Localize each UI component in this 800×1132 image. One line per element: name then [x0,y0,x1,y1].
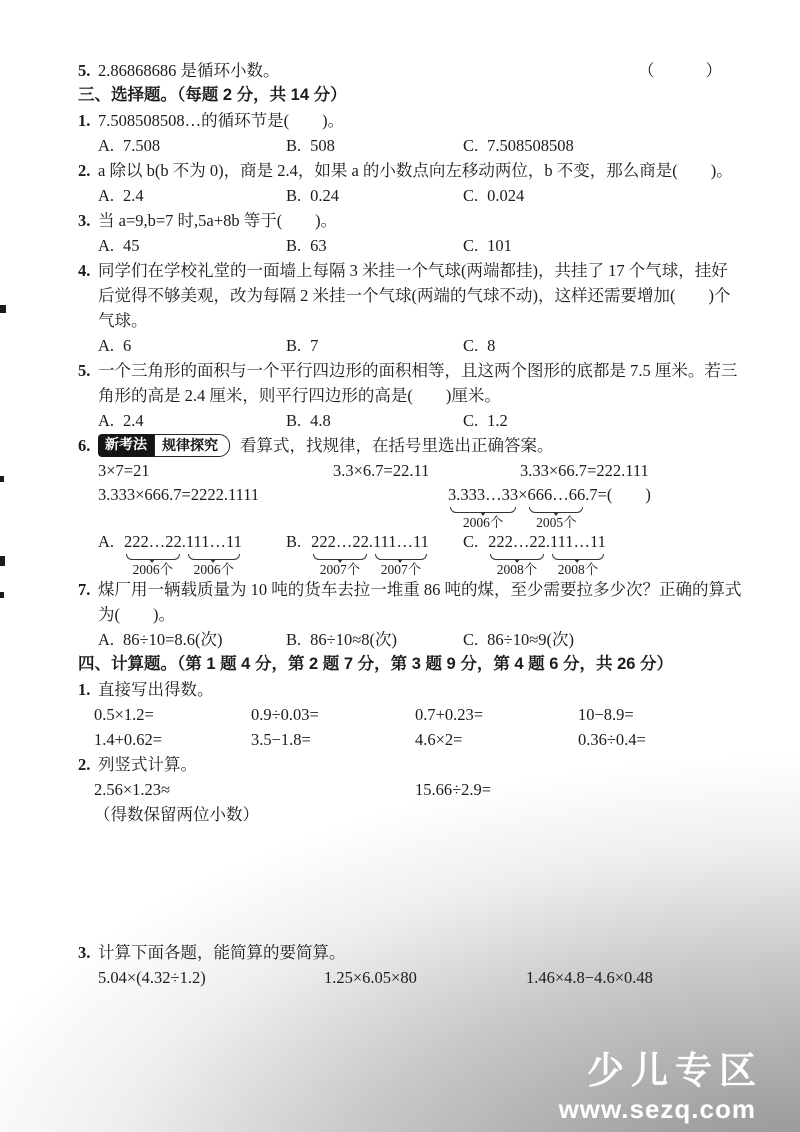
options-row: A.2.4 B.4.8 C.1.2 [98,408,744,433]
new-method-badge: 新考法 规律探究 [98,434,230,457]
question-number: 5. [78,58,98,83]
question-number: 6. [78,433,98,577]
underbrace [313,554,367,560]
choice-q6: 6. 新考法 规律探究 看算式，找规律，在括号里选出正确答案。 3×7=21 3… [78,433,744,577]
choice-q7: 7. 煤厂用一辆载质量为 10 吨的货车去拉一堆重 86 吨的煤，至少需要拉多少… [78,577,744,652]
section-heading-calculation: 四、计算题。（第 1 题 4 分，第 2 题 7 分，第 3 题 9 分，第 4… [78,652,744,677]
options-row: A.86÷10=8.6(次) B.86÷10≈8(次) C.86÷10≈9(次) [98,627,744,652]
underbrace [529,507,583,513]
question-number: 7. [78,577,98,652]
formula: 3.3×6.7=22.11 [333,458,520,483]
question-title: 直接写出得数。 [98,677,214,702]
answer-blank: （ ） [638,58,744,83]
question-stem: 2.86868686 是循环小数。 [98,58,280,83]
watermark-url: www.sezq.com [559,1094,756,1124]
underbrace [188,554,240,560]
watermark-title: 少儿专区 [559,1048,763,1094]
formula: 3.33×66.7=222.111 [520,458,744,483]
question-stem: 一个三角形的面积与一个平行四边形的面积相等，且这两个图形的底都是 7.5 厘米。… [98,358,744,408]
calc-q1-title: 1. 直接写出得数。 [78,677,744,702]
option-a: A.86÷10=8.6(次) [98,627,286,652]
question-stem: a 除以 b(b 不为 0)，商是 2.4，如果 a 的小数点向左移动两位，b … [98,158,744,183]
expression: 4.6×2= [415,727,578,752]
count-label: 2006个 [463,515,504,530]
braced-number: 222…222007个 [311,530,369,577]
option-b: B.0.24 [286,183,463,208]
question-stem: 煤厂用一辆载质量为 10 吨的货车去拉一堆重 86 吨的煤，至少需要拉多少次？正… [98,577,744,627]
question-stem: 同学们在学校礼堂的一面墙上每隔 3 米挂一个气球(两端都挂)，共挂了 17 个气… [98,258,744,333]
expression: 1.25×6.05×80 [324,965,526,990]
underbrace [450,507,516,513]
expression: 0.36÷0.4= [578,727,744,752]
expression: 5.04×(4.32÷1.2) [98,965,324,990]
option-b: B.63 [286,233,463,258]
exam-content: 5. 2.86868686 是循环小数。 （ ） 三、选择题。（每题 2 分，共… [78,58,744,990]
section-title: 四、计算题。 [78,655,177,673]
braced-number: 111…112008个 [550,530,606,577]
question-stem: 7.508508508…的循环节是( )。 [98,108,744,133]
multiply-sign: × [518,483,527,507]
options-row: A.6 B.7 C.8 [98,333,744,358]
option-b: B.508 [286,133,463,158]
question-title: 列竖式计算。 [98,752,197,777]
formula: 3.333×666.7=2222.1111 [98,483,448,507]
underbrace [552,554,604,560]
braced-factor: 666…66 2005个 [527,483,585,530]
underbrace [375,554,427,560]
choice-q5: 5. 一个三角形的面积与一个平行四边形的面积相等，且这两个图形的底都是 7.5 … [78,358,744,433]
underbrace [126,554,180,560]
section-heading-choice: 三、选择题。（每题 2 分，共 14 分） [78,83,744,108]
option-c: C.8 [463,333,744,358]
question-number: 2. [78,158,98,208]
option-b: B.86÷10≈8(次) [286,627,463,652]
count-label: 2006个 [133,562,174,577]
formula-tail: .7=( ) [585,483,651,507]
expression: 0.7+0.23= [415,702,578,727]
working-space [78,827,744,940]
expression: 10−8.9= [578,702,744,727]
q6-pattern-row2: 3.333×666.7=2222.1111 3.333…33 2006个 × 6… [98,483,744,530]
option-c: C.0.024 [463,183,744,208]
expression: 0.5×1.2= [94,702,251,727]
scan-artifact [0,556,5,566]
question-number: 5. [78,358,98,433]
expression: 2.56×1.23≈ [94,777,415,802]
formula: 3×7=21 [98,458,333,483]
question-number: 2. [78,752,98,777]
question-stem: 看算式，找规律，在括号里选出正确答案。 [240,433,554,458]
count-label: 2007个 [320,562,361,577]
braced-number: 111…112006个 [186,530,242,577]
question-number: 4. [78,258,98,358]
option-c: C. 222…222008个 . 111…112008个 [463,530,744,577]
simplify-row: 5.04×(4.32÷1.2) 1.25×6.05×80 1.46×4.8−4.… [78,965,744,990]
braced-number: 111…112007个 [373,530,429,577]
option-a: A. 222…222006个 . 111…112006个 [98,530,286,577]
options-row: A.2.4 B.0.24 C.0.024 [98,183,744,208]
question-title: 计算下面各题，能简算的要简算。 [98,940,346,965]
option-b: B.7 [286,333,463,358]
expression: 3.5−1.8= [251,727,415,752]
question-number: 1. [78,108,98,158]
option-c: C.101 [463,233,744,258]
count-label: 2008个 [558,562,599,577]
choice-q4: 4. 同学们在学校礼堂的一面墙上每隔 3 米挂一个气球(两端都挂)，共挂了 17… [78,258,744,358]
option-a: A.7.508 [98,133,286,158]
calc-q3-title: 3. 计算下面各题，能简算的要简算。 [78,940,744,965]
braced-factor: 3.333…33 2006个 [448,483,518,530]
option-c: C.1.2 [463,408,744,433]
count-label: 2008个 [497,562,538,577]
options-row: A.45 B.63 C.101 [98,233,744,258]
choice-q2: 2. a 除以 b(b 不为 0)，商是 2.4，如果 a 的小数点向左移动两位… [78,158,744,208]
badge-outline-label: 规律探究 [154,434,230,457]
option-a: A.6 [98,333,286,358]
braced-number: 222…222006个 [124,530,182,577]
rounding-note: （得数保留两位小数） [78,802,744,827]
count-label: 2005个 [536,515,577,530]
scanned-exam-page: { "colors": { "badge_bg": "#151515", "wa… [0,0,800,1132]
q6-pattern-row1: 3×7=21 3.3×6.7=22.11 3.33×66.7=222.111 [98,458,744,483]
option-a: A.2.4 [98,408,286,433]
expression: 0.9÷0.03= [251,702,415,727]
true-false-item-5: 5. 2.86868686 是循环小数。 （ ） [78,58,744,83]
option-c: C.7.508508508 [463,133,744,158]
choice-q3: 3. 当 a=9,b=7 时,5a+8b 等于( )。 A.45 B.63 C.… [78,208,744,258]
mental-math-row-2: 1.4+0.62= 3.5−1.8= 4.6×2= 0.36÷0.4= [78,727,744,752]
question-stem: 当 a=9,b=7 时,5a+8b 等于( )。 [98,208,744,233]
column-calculation-row: 2.56×1.23≈ 15.66÷2.9= [78,777,744,802]
question-number: 1. [78,677,98,702]
scan-artifact [0,592,4,598]
question-number: 3. [78,208,98,258]
badge-black-label: 新考法 [98,434,154,457]
q6-options-row: A. 222…222006个 . 111…112006个 B. 222…2220… [98,530,744,577]
question-number: 3. [78,940,98,965]
section-points: （第 1 题 4 分，第 2 题 7 分，第 3 题 9 分，第 4 题 6 分… [177,655,673,673]
scan-artifact [0,476,4,482]
count-label: 2006个 [194,562,235,577]
scan-artifact [0,305,6,313]
count-label: 2007个 [381,562,422,577]
option-a: A.45 [98,233,286,258]
braced-number: 222…222008个 [488,530,546,577]
section-title: 三、选择题。 [78,86,177,104]
option-b: B. 222…222007个 . 111…112007个 [286,530,463,577]
expression: 1.4+0.62= [94,727,251,752]
underbrace [490,554,544,560]
options-row: A.7.508 B.508 C.7.508508508 [98,133,744,158]
section-points: （每题 2 分，共 14 分） [177,86,347,104]
choice-q1: 1. 7.508508508…的循环节是( )。 A.7.508 B.508 C… [78,108,744,158]
mental-math-row-1: 0.5×1.2= 0.9÷0.03= 0.7+0.23= 10−8.9= [78,702,744,727]
expression: 15.66÷2.9= [415,777,491,802]
expression: 1.46×4.8−4.6×0.48 [526,965,744,990]
option-a: A.2.4 [98,183,286,208]
watermark: 少儿专区 www.sezq.com [559,1048,756,1124]
option-b: B.4.8 [286,408,463,433]
calc-q2-title: 2. 列竖式计算。 [78,752,744,777]
option-c: C.86÷10≈9(次) [463,627,744,652]
q6-stem-line: 新考法 规律探究 看算式，找规律，在括号里选出正确答案。 [98,433,744,458]
